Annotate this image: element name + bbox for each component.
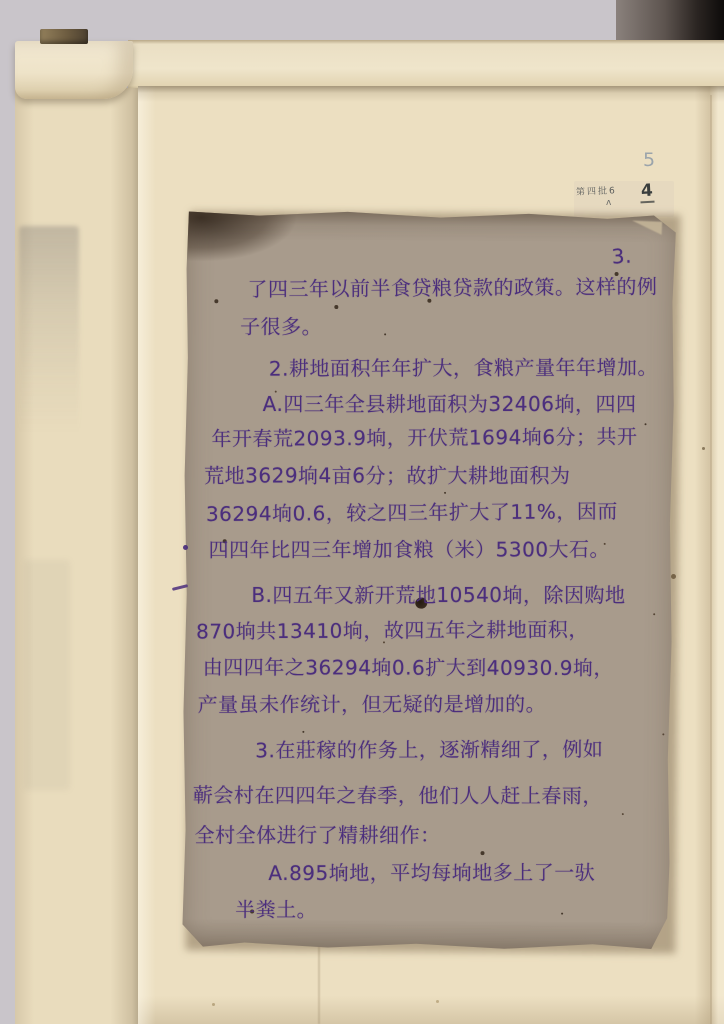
manuscript-line: 荒地3629垧4亩6分；故扩大耕地面积为 [204, 463, 570, 487]
paper-specks [0, 0, 3, 3]
stamp-text: 第四批6 [576, 183, 617, 197]
manuscript-line: 四四年比四三年增加食粮（米）5300大石。 [209, 537, 610, 562]
page-crease [318, 944, 320, 1024]
binding-clip [40, 29, 88, 44]
manuscript-line: A.895垧地，平均每垧地多上了一驮 [268, 860, 595, 885]
manuscript-line: 由四四年之36294垧0.6扩大到40930.9垧， [203, 655, 614, 680]
manuscript-line: A.四三年全县耕地面积为32406垧，四四 [263, 392, 637, 416]
manuscript-line: 36294垧0.6，较之四三年扩大了11%，因而 [206, 499, 618, 526]
manuscript-line: 年开春荒2093.9垧，开伏荒1694垧6分；共开 [211, 425, 637, 451]
show-through-ghost [19, 226, 79, 434]
stamp-caret-mark: ʌ [606, 198, 611, 208]
manuscript-corner-number: 3. [611, 243, 633, 268]
manuscript-line: 全村全体进行了精耕细作： [195, 823, 441, 847]
margin-ink-dot [183, 545, 188, 550]
archive-stamp: 第四批6 ʌ 4 [574, 181, 674, 217]
manuscript-sheet: 3. 了四三年以前半食贷粮贷款的政策。这样的例 子很多。 2.耕地面积年年扩大，… [181, 210, 676, 951]
manuscript-line: 870垧共13410垧，故四五年之耕地面积， [196, 617, 589, 643]
manuscript-line: 子很多。 [240, 315, 322, 339]
manuscript-line: 了四三年以前半食贷粮贷款的政策。这样的例 [247, 274, 657, 301]
manuscript-line: 3.在莊稼的作务上，逐渐精细了，例如 [255, 737, 603, 762]
manuscript-line: B.四五年又新开荒地10540垧，除因购地 [251, 583, 625, 607]
album-top-page-edge [128, 40, 724, 92]
show-through-ghost-faint [24, 560, 70, 790]
scanned-album-page: 5 第四批6 ʌ 4 3. 了四三年以前半食贷粮贷款的政策。这样的例 子很多。 … [0, 0, 724, 1024]
manuscript-line: 半粪土。 [235, 898, 317, 922]
manuscript-line: 2.耕地面积年年扩大，食粮产量年年增加。 [269, 355, 658, 380]
page-crease [710, 95, 712, 1024]
curled-page-corner [15, 41, 133, 99]
manuscript-line: 蕲会村在四四年之春季，他们人人赶上春雨， [193, 783, 603, 808]
corner-fold [632, 221, 663, 235]
manuscript-line: 产量虽未作统计，但无疑的是增加的。 [198, 692, 547, 717]
stamp-number: 4 [639, 181, 654, 204]
printed-page-number: 5 [643, 149, 656, 171]
